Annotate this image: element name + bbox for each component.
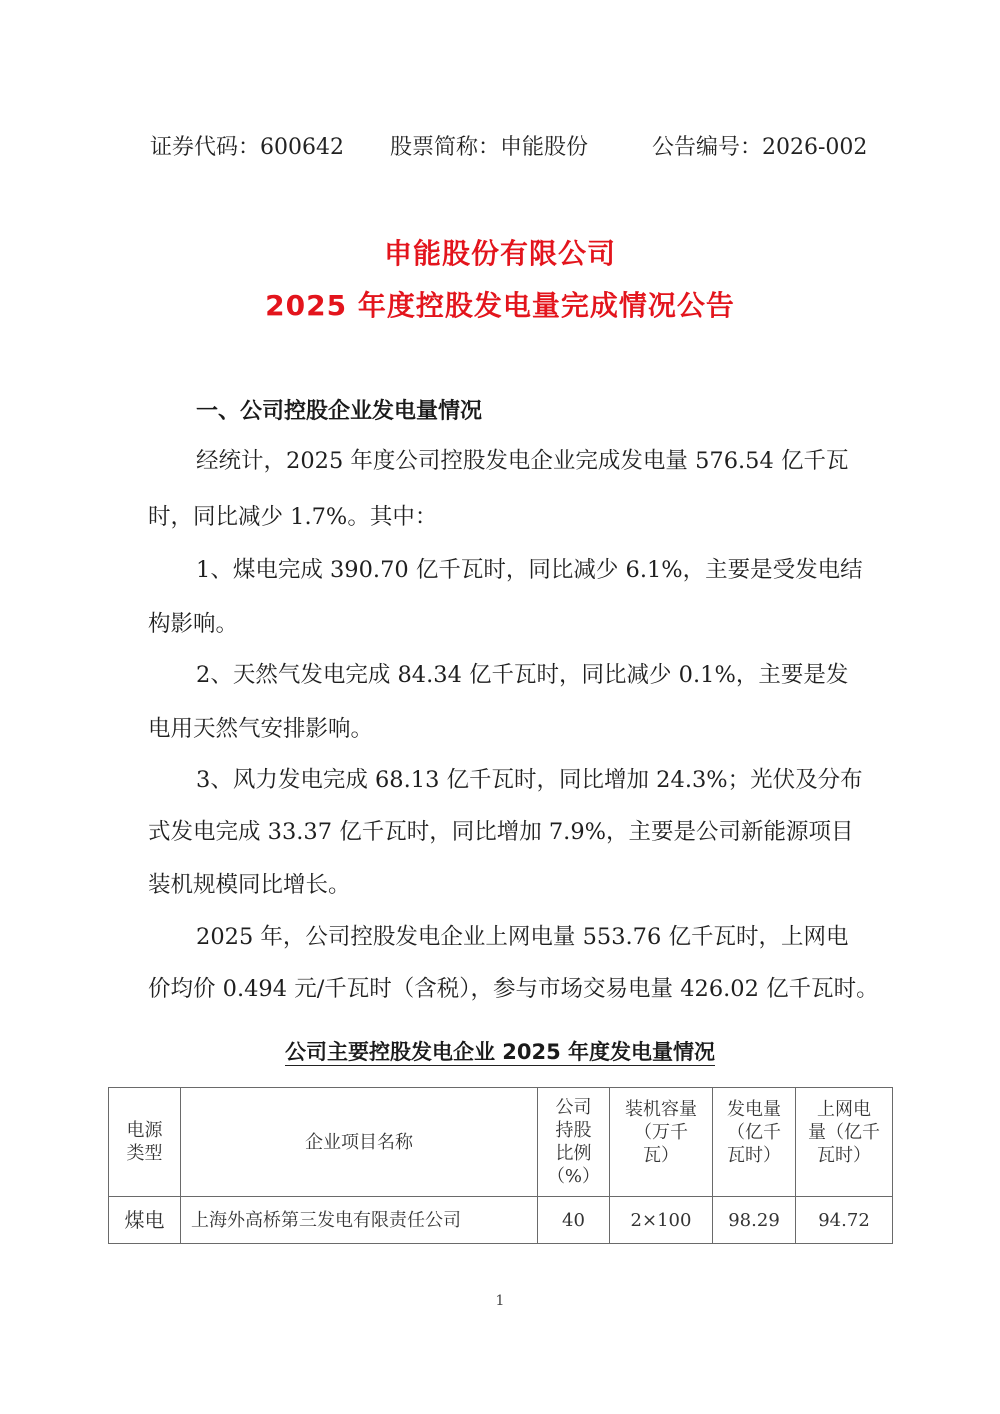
cell-on-grid: 94.72 — [796, 1197, 893, 1244]
paragraph-line: 式发电完成 33.37 亿千瓦时，同比增加 7.9%，主要是公司新能源项目 — [148, 814, 854, 850]
table-title: 公司主要控股发电企业 2025 年度发电量情况 — [0, 1036, 1000, 1066]
header-project-name: 企业项目名称 — [181, 1088, 538, 1197]
paragraph-line: 时，同比减少 1.7%。其中： — [148, 499, 437, 535]
table-header-row: 电源 类型 企业项目名称 公司 持股 比例 （%） 装机容量 （万千 瓦） — [109, 1088, 893, 1197]
document-page: 证券代码：600642 股票简称：申能股份 公告编号：2026-002 申能股份… — [0, 0, 1000, 1414]
table-title-text: 公司主要控股发电企业 2025 年度发电量情况 — [285, 1040, 715, 1066]
header-generation: 发电量 （亿千 瓦时） — [713, 1088, 796, 1197]
header-installed-capacity: 装机容量 （万千 瓦） — [610, 1088, 713, 1197]
announcement-number: 公告编号：2026-002 — [652, 130, 867, 166]
header-power-type: 电源 类型 — [109, 1088, 181, 1197]
cell-generation: 98.29 — [713, 1197, 796, 1244]
company-title: 申能股份有限公司 — [0, 232, 1000, 272]
paragraph-line: 价均价 0.494 元/千瓦时（含税），参与市场交易电量 426.02 亿千瓦时… — [148, 971, 879, 1007]
section-heading: 一、公司控股企业发电量情况 — [196, 394, 482, 425]
cell-share-ratio: 40 — [538, 1197, 610, 1244]
paragraph-line: 2、天然气发电完成 84.34 亿千瓦时，同比减少 0.1%，主要是发 — [196, 657, 848, 693]
paragraph-line: 装机规模同比增长。 — [148, 867, 351, 903]
security-code: 证券代码：600642 — [150, 130, 344, 166]
paragraph-line: 构影响。 — [148, 606, 238, 642]
paragraph-line: 3、风力发电完成 68.13 亿千瓦时，同比增加 24.3%；光伏及分布 — [196, 762, 863, 798]
cell-project-name: 上海外高桥第三发电有限责任公司 — [181, 1197, 538, 1244]
table-row: 煤电 上海外高桥第三发电有限责任公司 40 2×100 98.29 94.72 — [109, 1197, 893, 1244]
cell-power-type: 煤电 — [109, 1197, 181, 1244]
paragraph-line: 1、煤电完成 390.70 亿千瓦时，同比减少 6.1%，主要是受发电结 — [196, 552, 863, 588]
paragraph-line: 经统计，2025 年度公司控股发电企业完成发电量 576.54 亿千瓦 — [196, 443, 848, 479]
announcement-header: 证券代码：600642 股票简称：申能股份 公告编号：2026-002 — [150, 130, 850, 166]
header-share-ratio: 公司 持股 比例 （%） — [538, 1088, 610, 1197]
paragraph-line: 电用天然气安排影响。 — [148, 711, 373, 747]
header-on-grid: 上网电 量（亿千 瓦时） — [796, 1088, 893, 1197]
generation-table: 电源 类型 企业项目名称 公司 持股 比例 （%） 装机容量 （万千 瓦） — [108, 1087, 893, 1244]
page-number: 1 — [0, 1293, 1000, 1309]
paragraph-line: 2025 年，公司控股发电企业上网电量 553.76 亿千瓦时，上网电 — [196, 919, 848, 955]
stock-abbreviation: 股票简称：申能股份 — [390, 130, 588, 166]
announcement-title: 2025 年度控股发电量完成情况公告 — [0, 284, 1000, 324]
cell-installed-capacity: 2×100 — [610, 1197, 713, 1244]
